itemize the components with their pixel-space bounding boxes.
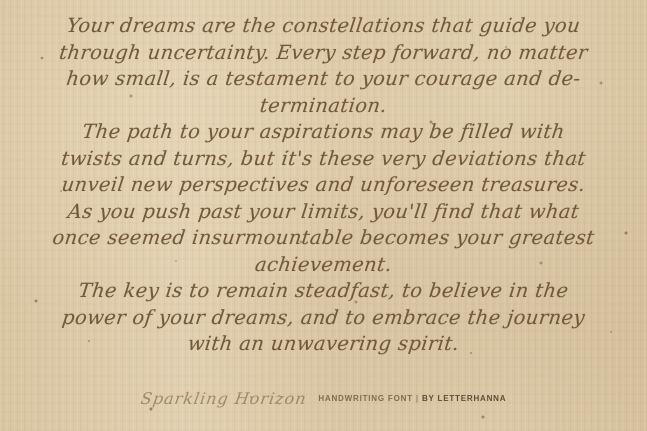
quote-line: termination. bbox=[0, 93, 647, 120]
quote-line: unveil new perspectives and unforeseen t… bbox=[0, 172, 647, 199]
paper-speckles bbox=[0, 0, 2, 2]
quote-line: power of your dreams, and to embrace the… bbox=[0, 305, 647, 332]
font-credit-label: by Letterhanna bbox=[422, 394, 506, 403]
font-type-label: HANDWRITING FONT bbox=[318, 394, 413, 403]
quote-line: The key is to remain steadfast, to belie… bbox=[0, 278, 647, 305]
quote-text: Your dreams are the constellations that … bbox=[0, 13, 647, 358]
quote-line: once seemed insurmountable becomes your … bbox=[0, 225, 647, 252]
quote-line: The path to your aspirations may be fill… bbox=[0, 119, 647, 146]
quote-line: through uncertainty. Every step forward,… bbox=[0, 40, 647, 67]
quote-line: with an unwavering spirit. bbox=[0, 331, 647, 358]
quote-line: As you push past your limits, you'll fin… bbox=[0, 199, 647, 226]
quote-line: achievement. bbox=[0, 252, 647, 279]
footer-separator: | bbox=[416, 394, 419, 403]
quote-line: twists and turns, but it's these very de… bbox=[0, 146, 647, 173]
kraft-paper-background: Your dreams are the constellations that … bbox=[0, 0, 647, 431]
font-name-script: Sparkling Horizon bbox=[139, 389, 308, 408]
quote-line: how small, is a testament to your courag… bbox=[0, 66, 647, 93]
quote-line: Your dreams are the constellations that … bbox=[0, 13, 647, 40]
footer: Sparkling HorizonHANDWRITING FONT|by Let… bbox=[0, 389, 647, 408]
